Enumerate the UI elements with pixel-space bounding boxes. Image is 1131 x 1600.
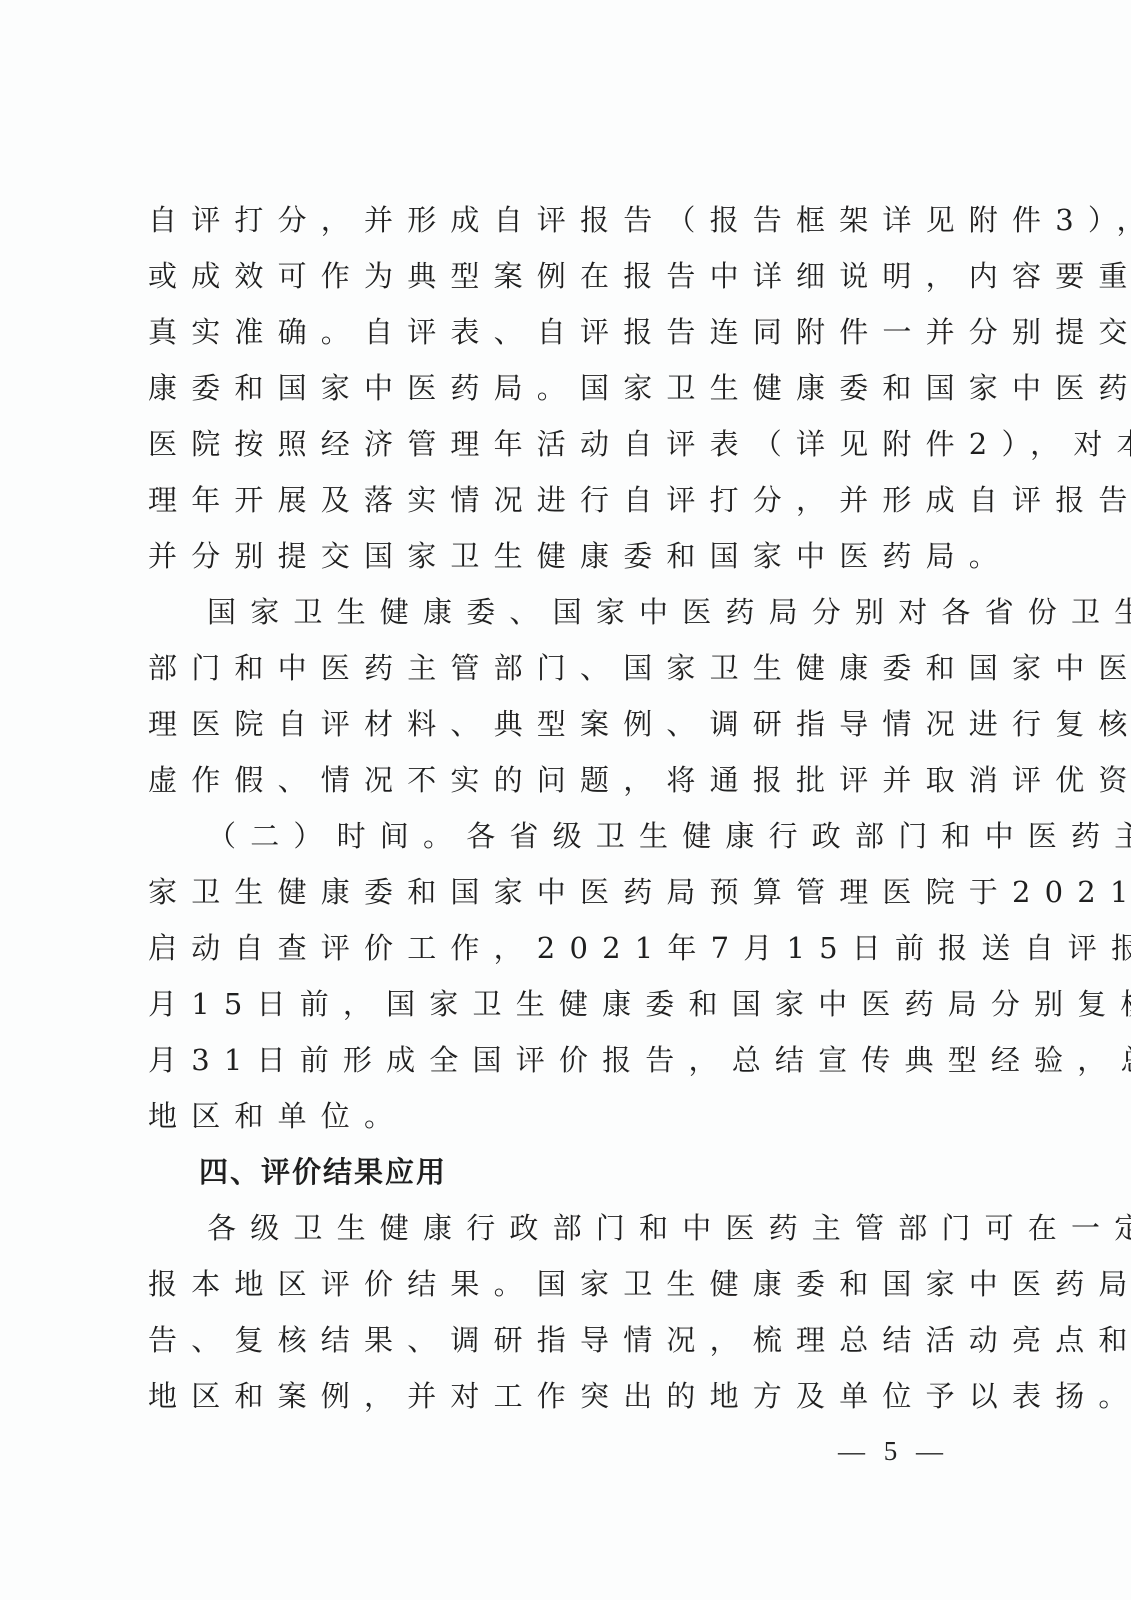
paragraph-line: 医院按照经济管理年活动自评表（详见附件2），对本单位经济管: [148, 416, 970, 472]
document-page: 自评打分，并形成自评报告（报告框架详见附件3），有特色的做法 或成效可作为典型案…: [0, 0, 1131, 1600]
paragraph-line: 自评打分，并形成自评报告（报告框架详见附件3），有特色的做法: [148, 192, 970, 248]
paragraph-line: 月31日前形成全国评价报告，总结宣传典型经验，总结表扬先进: [148, 1032, 970, 1088]
paragraph-line: 理年开展及落实情况进行自评打分，并形成自评报告，连同附件一: [148, 472, 970, 528]
paragraph-line: 各级卫生健康行政部门和中医药主管部门可在一定范围内通: [148, 1200, 970, 1256]
paragraph-line: 月15日前，国家卫生健康委和国家中医药局分别复核。2021年8: [148, 976, 970, 1032]
paragraph-line: 部门和中医药主管部门、国家卫生健康委和国家中医药局预算管: [148, 640, 970, 696]
paragraph-line: 告、复核结果、调研指导情况，梳理总结活动亮点和经验，发掘典型: [148, 1312, 970, 1368]
paragraph-line: 或成效可作为典型案例在报告中详细说明，内容要重点突出、数据: [148, 248, 970, 304]
paragraph-line: 虚作假、情况不实的问题，将通报批评并取消评优资格。: [148, 752, 970, 808]
paragraph-line: 真实准确。自评表、自评报告连同附件一并分别提交国家卫生健: [148, 304, 970, 360]
paragraph-line: 地区和单位。: [148, 1088, 970, 1144]
paragraph-line: 并分别提交国家卫生健康委和国家中医药局。: [148, 528, 970, 584]
document-body: 自评打分，并形成自评报告（报告框架详见附件3），有特色的做法 或成效可作为典型案…: [148, 192, 970, 1424]
page-number: — 5 —: [838, 1436, 949, 1467]
paragraph-line: 报本地区评价结果。国家卫生健康委和国家中医药局结合自评报: [148, 1256, 970, 1312]
paragraph-line: 康委和国家中医药局。国家卫生健康委和国家中医药局预算管理: [148, 360, 970, 416]
paragraph-line: 启动自查评价工作，2021年7月15日前报送自评报告。2021年8: [148, 920, 970, 976]
paragraph-line: 地区和案例，并对工作突出的地方及单位予以表扬。: [148, 1368, 970, 1424]
paragraph-line: （二）时间。各省级卫生健康行政部门和中医药主管部门、国: [148, 808, 970, 864]
section-heading: 四、评价结果应用: [148, 1144, 970, 1200]
paragraph-line: 理医院自评材料、典型案例、调研指导情况进行复核，如发现有弄: [148, 696, 970, 752]
paragraph-line: 家卫生健康委和国家中医药局预算管理医院于2021年6月上旬: [148, 864, 970, 920]
paragraph-line: 国家卫生健康委、国家中医药局分别对各省份卫生健康行政: [148, 584, 970, 640]
